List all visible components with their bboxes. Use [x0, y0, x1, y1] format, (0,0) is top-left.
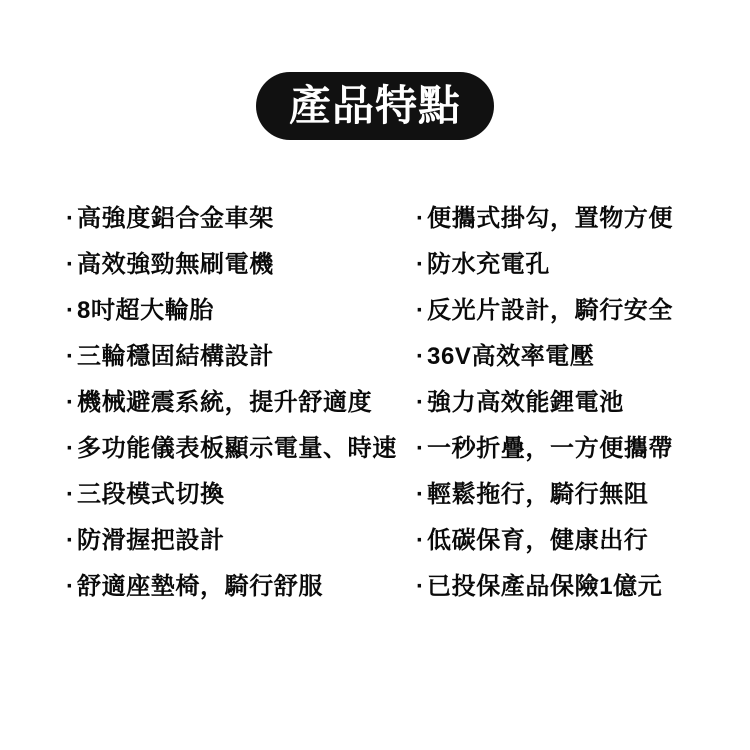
bullet-icon: ·: [416, 299, 424, 323]
feature-text: 強力高效能鋰電池: [427, 391, 624, 415]
bullet-icon: ·: [416, 253, 424, 277]
feature-text: 防滑握把設計: [77, 529, 225, 553]
bullet-icon: ·: [66, 529, 74, 553]
bullet-icon: ·: [416, 483, 424, 507]
feature-text: 低碳保育，健康出行: [427, 529, 648, 553]
feature-text: 多功能儀表板顯示電量、時速: [77, 437, 397, 461]
bullet-icon: ·: [416, 207, 424, 231]
feature-text: 機械避震系統，提升舒適度: [77, 391, 372, 415]
feature-item: · 多功能儀表板顯示電量、時速: [66, 426, 397, 472]
bullet-icon: ·: [66, 345, 74, 369]
bullet-icon: ·: [66, 437, 74, 461]
bullet-icon: ·: [66, 483, 74, 507]
bullet-icon: ·: [66, 299, 74, 323]
feature-text: 高強度鋁合金車架: [77, 207, 274, 231]
feature-text: 三段模式切換: [77, 483, 225, 507]
feature-item: · 三段模式切換: [66, 472, 397, 518]
section-header-pill: 產品特點: [256, 72, 494, 140]
feature-list-right: · 便攜式掛勾，置物方便 · 防水充電孔 · 反光片設計，騎行安全 · 36V高…: [416, 196, 673, 610]
feature-item: · 高強度鋁合金車架: [66, 196, 397, 242]
bullet-icon: ·: [416, 575, 424, 599]
feature-text: 舒適座墊椅，騎行舒服: [77, 575, 323, 599]
bullet-icon: ·: [66, 391, 74, 415]
feature-text: 高效強勁無刷電機: [77, 253, 274, 277]
feature-text: 便攜式掛勾，置物方便: [427, 207, 673, 231]
feature-text: 輕鬆拖行，騎行無阻: [427, 483, 648, 507]
bullet-icon: ·: [66, 575, 74, 599]
feature-item: · 三輪穩固結構設計: [66, 334, 397, 380]
feature-item: · 輕鬆拖行，騎行無阻: [416, 472, 673, 518]
bullet-icon: ·: [416, 391, 424, 415]
feature-item: · 強力高效能鋰電池: [416, 380, 673, 426]
feature-item: · 舒適座墊椅，騎行舒服: [66, 564, 397, 610]
feature-text: 三輪穩固結構設計: [77, 345, 274, 369]
feature-item: · 防滑握把設計: [66, 518, 397, 564]
feature-text: 已投保產品保險1億元: [427, 575, 662, 599]
bullet-icon: ·: [66, 253, 74, 277]
feature-text: 一秒折疊，一方便攜帶: [427, 437, 673, 461]
feature-item: · 一秒折疊，一方便攜帶: [416, 426, 673, 472]
feature-item: · 高效強勁無刷電機: [66, 242, 397, 288]
bullet-icon: ·: [416, 345, 424, 369]
feature-item: · 8吋超大輪胎: [66, 288, 397, 334]
page-title: 產品特點: [289, 85, 461, 127]
feature-list-left: · 高強度鋁合金車架 · 高效強勁無刷電機 · 8吋超大輪胎 · 三輪穩固結構設…: [66, 196, 397, 610]
product-features-page: 產品特點 · 高強度鋁合金車架 · 高效強勁無刷電機 · 8吋超大輪胎 · 三輪…: [0, 0, 750, 750]
feature-item: · 防水充電孔: [416, 242, 673, 288]
feature-text: 反光片設計，騎行安全: [427, 299, 673, 323]
feature-item: · 便攜式掛勾，置物方便: [416, 196, 673, 242]
feature-text: 36V高效率電壓: [427, 345, 595, 369]
bullet-icon: ·: [66, 207, 74, 231]
feature-item: · 反光片設計，騎行安全: [416, 288, 673, 334]
feature-item: · 機械避震系統，提升舒適度: [66, 380, 397, 426]
feature-item: · 低碳保育，健康出行: [416, 518, 673, 564]
feature-text: 防水充電孔: [427, 253, 550, 277]
feature-item: · 已投保產品保險1億元: [416, 564, 673, 610]
feature-item: · 36V高效率電壓: [416, 334, 673, 380]
feature-text: 8吋超大輪胎: [77, 299, 214, 323]
bullet-icon: ·: [416, 437, 424, 461]
bullet-icon: ·: [416, 529, 424, 553]
